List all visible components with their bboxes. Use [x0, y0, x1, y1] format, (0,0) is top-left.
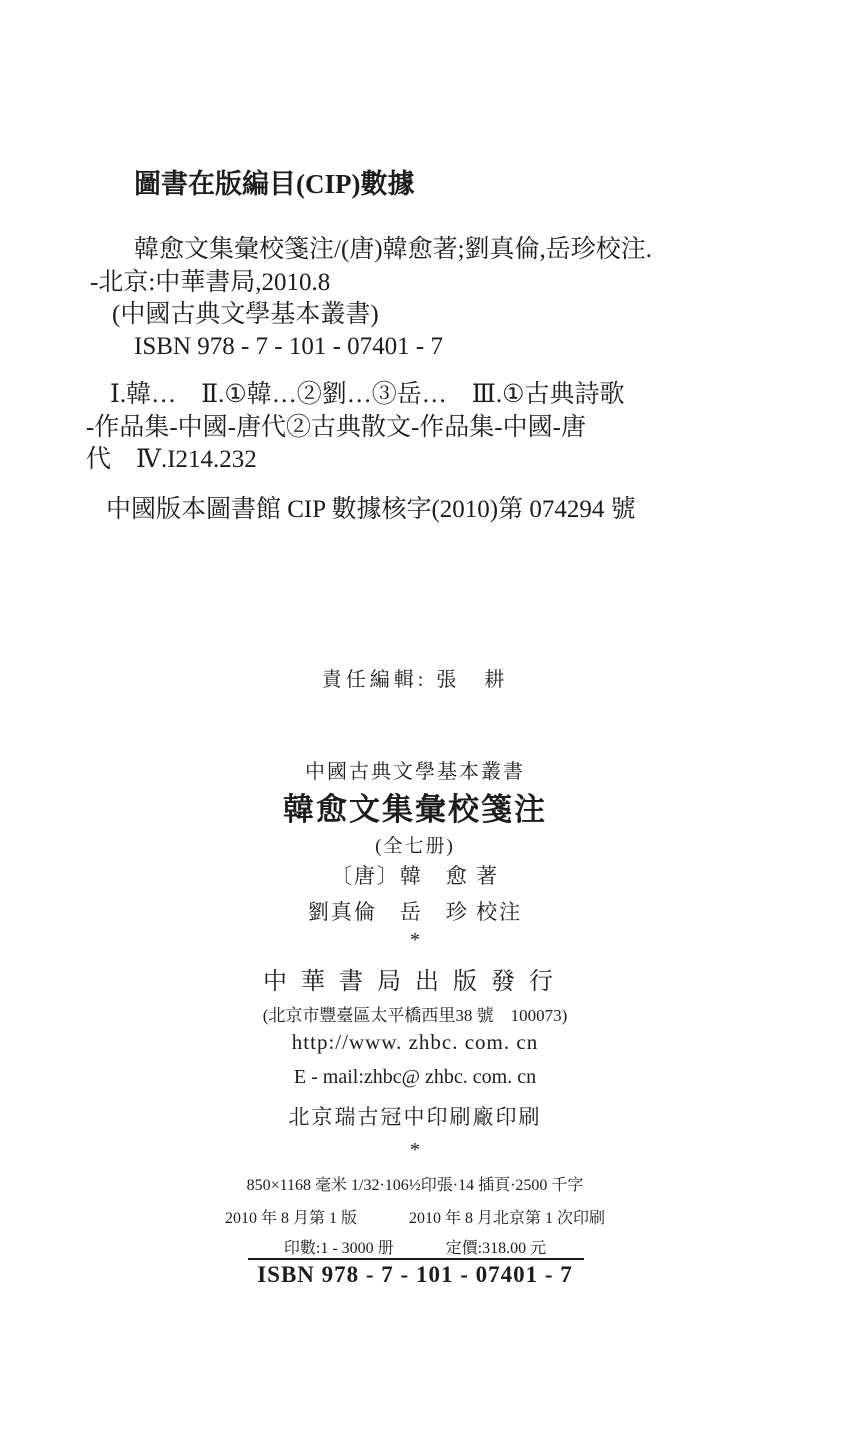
impression-date: 2010 年 8 月北京第 1 次印刷 [409, 1210, 605, 1227]
edition-date: 2010 年 8 月第 1 版 [225, 1210, 357, 1227]
separator-star-icon: * [0, 929, 830, 952]
cip-entry-line1: 韓愈文集彙校箋注/(唐)韓愈著;劉真倫,岳珍校注. [134, 234, 652, 265]
author-line: 〔唐〕韓 愈 著 [0, 860, 830, 890]
printer-name: 北京瑞古冠中印刷廠印刷 [0, 1101, 830, 1131]
print-run: 印數:1 - 3000 册 [284, 1240, 394, 1257]
publisher-website: http://www. zhbc. com. cn [0, 1030, 830, 1055]
print-specs: 850×1168 毫米 1/32·106½印張·14 插頁·2500 千字 [0, 1172, 830, 1195]
cip-header: 圖書在版編目(CIP)數據 [134, 168, 414, 202]
publisher-address: (北京市豐臺區太平橋西里38 號 100073) [0, 1001, 830, 1026]
price: 定價:318.00 元 [446, 1240, 546, 1257]
annotators-line: 劉真倫 岳 珍 校注 [0, 896, 830, 926]
cip-entry-line2: -北京:中華書局,2010.8 [90, 267, 330, 298]
isbn-divider-line [248, 1258, 584, 1260]
publisher-email: E - mail:zhbc@ zhbc. com. cn [0, 1066, 830, 1089]
edition-line: 2010 年 8 月第 1 版2010 年 8 月北京第 1 次印刷 [0, 1205, 830, 1228]
cip-classification-line3: 代 Ⅳ.I214.232 [86, 444, 257, 475]
series-name: 中國古典文學基本叢書 [0, 755, 830, 784]
book-title: 韓愈文集彙校箋注 [0, 784, 830, 829]
cip-classification-line2: -作品集-中國-唐代②古典散文-作品集-中國-唐 [86, 412, 586, 443]
publisher-name: 中華書局出版發行 [0, 961, 830, 996]
printrun-line: 印數:1 - 3000 册定價:318.00 元 [0, 1235, 830, 1258]
cip-isbn: ISBN 978 - 7 - 101 - 07401 - 7 [134, 331, 443, 362]
volume-note: (全七册) [0, 831, 830, 858]
responsible-editor: 責任編輯: 張 耕 [0, 663, 830, 692]
isbn-bottom: ISBN 978 - 7 - 101 - 07401 - 7 [0, 1262, 830, 1288]
cip-series-note: (中國古典文學基本叢書) [112, 299, 379, 330]
copyright-page: 圖書在版編目(CIP)數據 韓愈文集彙校箋注/(唐)韓愈著;劉真倫,岳珍校注. … [0, 0, 847, 1436]
separator-star-icon: * [0, 1139, 830, 1162]
cip-classification-line1: Ⅰ.韓… Ⅱ.①韓…②劉…③岳… Ⅲ.①古典詩歌 [110, 379, 625, 410]
cip-record-number: 中國版本圖書館 CIP 數據核字(2010)第 074294 號 [106, 494, 636, 525]
